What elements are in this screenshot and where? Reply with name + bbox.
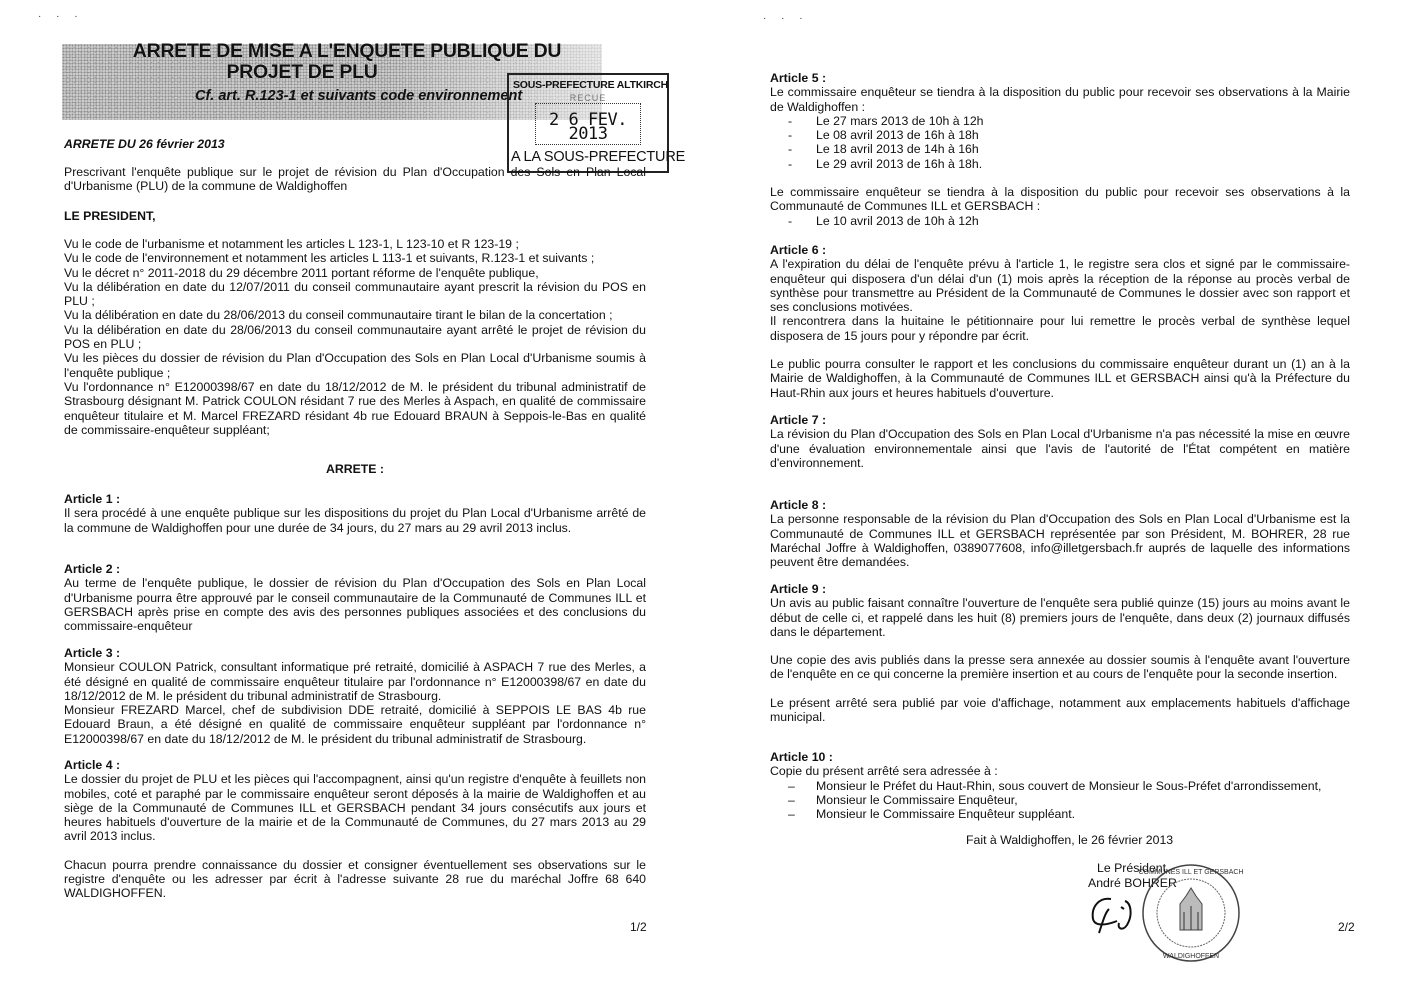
article-paragraph: Un avis au public faisant connaître l'ou… — [770, 596, 1350, 639]
arrete-date: ARRETE DU 26 février 2013 — [64, 137, 646, 151]
consideration: Vu le code de l'urbanisme et notamment l… — [64, 237, 646, 251]
session-item: -Le 08 avril 2013 de 16h à 18h — [770, 128, 1350, 142]
article-heading: Article 4 : — [64, 758, 646, 772]
article-heading: Article 9 : — [770, 582, 1350, 596]
session-item: -Le 29 avril 2013 de 16h à 18h. — [770, 157, 1350, 171]
document-subtitle: Cf. art. R.123-1 et suivants code enviro… — [195, 89, 522, 103]
consideration: Vu l'ordonnance n° E12000398/67 en date … — [64, 380, 646, 437]
article-paragraph: Chacun pourra prendre connaissance du do… — [64, 858, 646, 901]
article-paragraph: Il rencontrera dans la huitaine le pétit… — [770, 314, 1350, 343]
session-item: -Le 10 avril 2013 de 10h à 12h — [770, 214, 1350, 228]
article-paragraph: La personne responsable de la révision d… — [770, 512, 1350, 569]
article-10: Article 10 : Copie du présent arrêté ser… — [770, 750, 1350, 821]
prescription: Prescrivant l'enquête publique sur le pr… — [64, 165, 646, 194]
article-heading: Article 10 : — [770, 750, 1350, 764]
reception-stamp: SOUS-PREFECTURE ALTKIRCH RECUE 2 6 FEV. … — [507, 73, 669, 173]
scan-specks: · · · — [763, 12, 809, 26]
article-heading: Article 6 : — [770, 243, 1350, 257]
official-seal: COMMUNES ILL ET GERSBACH WALDIGHOFFEN — [1136, 858, 1246, 968]
consideration: Vu la délibération en date du 28/06/2013… — [64, 323, 646, 352]
article-heading: Article 1 : — [64, 492, 646, 506]
article-paragraph: Le commissaire enquêteur se tiendra à la… — [770, 85, 1350, 114]
article-2: Article 2 : Au terme de l'enquête publiq… — [64, 562, 646, 633]
recipient-item: –Monsieur le Préfet du Haut-Rhin, sous c… — [770, 779, 1350, 793]
article-paragraph: La révision du Plan d'Occupation des Sol… — [770, 427, 1350, 470]
article-paragraph: Monsieur COULON Patrick, consultant info… — [64, 660, 646, 703]
recipient-item: –Monsieur le Commissaire Enquêteur suppl… — [770, 807, 1350, 821]
article-paragraph: Monsieur FREZARD Marcel, chef de subdivi… — [64, 703, 646, 746]
article-5: Article 5 : Le commissaire enquêteur se … — [770, 71, 1350, 228]
article-3: Article 3 : Monsieur COULON Patrick, con… — [64, 646, 646, 746]
article-6: Article 6 : A l'expiration du délai de l… — [770, 243, 1350, 400]
article-8: Article 8 : La personne responsable de l… — [770, 498, 1350, 569]
consideration: Vu la délibération en date du 28/06/2013… — [64, 308, 646, 322]
article-paragraph: Le commissaire enquêteur se tiendra à la… — [770, 185, 1350, 214]
article-paragraph: A l'expiration du délai de l'enquête pré… — [770, 257, 1350, 314]
article-heading: Article 7 : — [770, 413, 1350, 427]
article-heading: Article 5 : — [770, 71, 1350, 85]
svg-text:COMMUNES ILL ET GERSBACH: COMMUNES ILL ET GERSBACH — [1138, 869, 1243, 876]
article-7: Article 7 : La révision du Plan d'Occupa… — [770, 413, 1350, 470]
session-item: -Le 18 avril 2013 de 14h à 16h — [770, 142, 1350, 156]
page-1: · · · ARRETE DE MISE A L'ENQUETE PUBLIQU… — [0, 0, 711, 1000]
article-1: Article 1 : Il sera procédé à une enquêt… — [64, 492, 646, 535]
stamp-footer: A LA SOUS-PREFECTURE — [511, 150, 685, 164]
page-number: 2/2 — [1338, 920, 1355, 934]
article-paragraph: Une copie des avis publiés dans la press… — [770, 653, 1350, 682]
document-title-line1: ARRETE DE MISE A L'ENQUETE PUBLIQUE DU — [62, 44, 632, 58]
page-number: 1/2 — [630, 920, 647, 934]
article-paragraph: Le public pourra consulter le rapport et… — [770, 357, 1350, 400]
article-paragraph: Le présent arrêté sera publié par voie d… — [770, 696, 1350, 725]
article-paragraph: Le dossier du projet de PLU et les pièce… — [64, 772, 646, 843]
done-at: Fait à Waldighoffen, le 26 février 2013 — [966, 833, 1173, 847]
article-paragraph: Il sera procédé à une enquête publique s… — [64, 506, 646, 535]
president-heading: LE PRESIDENT, — [64, 209, 646, 223]
article-heading: Article 8 : — [770, 498, 1350, 512]
session-item: -Le 27 mars 2013 de 10h à 12h — [770, 114, 1350, 128]
recipient-item: –Monsieur le Commissaire Enquêteur, — [770, 793, 1350, 807]
page-2: · · · Article 5 : Le commissaire enquête… — [711, 0, 1422, 1000]
article-heading: Article 3 : — [64, 646, 646, 660]
consideration: Vu les pièces du dossier de révision du … — [64, 351, 646, 380]
consideration: Vu le code de l'environnement et notamme… — [64, 251, 646, 265]
considerations-list: Vu le code de l'urbanisme et notamment l… — [64, 237, 646, 437]
svg-text:WALDIGHOFFEN: WALDIGHOFFEN — [1163, 953, 1219, 960]
article-paragraph: Copie du présent arrêté sera adressée à … — [770, 764, 1350, 778]
arrete-heading: ARRETE : — [64, 462, 646, 476]
consideration: Vu la délibération en date du 12/07/2011… — [64, 280, 646, 309]
document-title-line2: PROJET DE PLU — [62, 65, 542, 79]
article-paragraph: Au terme de l'enquête publique, le dossi… — [64, 576, 646, 633]
article-4: Article 4 : Le dossier du projet de PLU … — [64, 758, 646, 901]
article-9: Article 9 : Un avis au public faisant co… — [770, 582, 1350, 724]
article-heading: Article 2 : — [64, 562, 646, 576]
scan-specks: · · · — [38, 10, 84, 24]
consideration: Vu le décret n° 2011-2018 du 29 décembre… — [64, 266, 646, 280]
